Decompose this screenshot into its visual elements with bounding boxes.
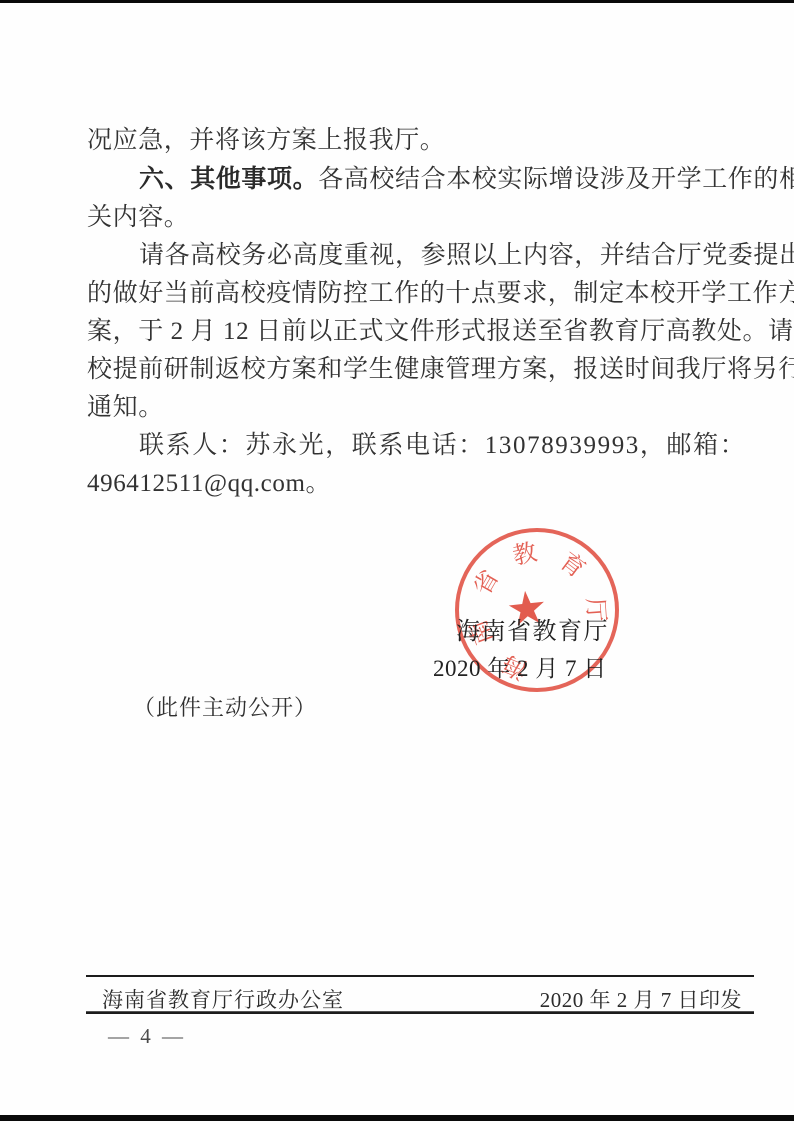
signature-date: 2020 年 2 月 7 日 <box>433 655 607 683</box>
footer-rule-bottom <box>86 1011 754 1014</box>
body-line: 况应急，并将该方案上报我厅。 <box>87 122 747 160</box>
scan-edge-bottom <box>0 1115 794 1121</box>
section-heading: 六、其他事项。 <box>139 165 318 193</box>
body-line: 校提前研制返校方案和学生健康管理方案，报送时间我厅将另行 <box>87 351 747 389</box>
document-page: 况应急，并将该方案上报我厅。 六、其他事项。各高校结合本校实际增设涉及开学工作的… <box>0 0 794 1124</box>
seal-arc-char: 教 <box>508 538 541 571</box>
scan-edge-top <box>0 0 794 3</box>
contact-email-line: 496412511@qq.com。 <box>87 465 747 503</box>
footer-print-date: 2020 年 2 月 7 日印发 <box>540 984 742 1014</box>
footer-rule-top <box>86 975 754 977</box>
disclosure-note: （此件主动公开） <box>133 691 317 722</box>
footer-issuing-office: 海南省教育厅行政办公室 <box>102 984 344 1014</box>
signature-org-name: 海南省教育厅 <box>456 618 609 646</box>
contact-info-line: 联系人：苏永光，联系电话：13078939993，邮箱： <box>87 427 747 465</box>
body-line: 的做好当前高校疫情防控工作的十点要求，制定本校开学工作方 <box>87 275 747 313</box>
document-body: 况应急，并将该方案上报我厅。 六、其他事项。各高校结合本校实际增设涉及开学工作的… <box>87 122 747 503</box>
body-line: 通知。 <box>87 389 747 427</box>
page-number: — 4 — <box>108 1024 186 1049</box>
body-line-section-heading: 六、其他事项。各高校结合本校实际增设涉及开学工作的相 <box>87 160 747 199</box>
body-line: 关内容。 <box>87 199 747 237</box>
body-line: 请各高校务必高度重视，参照以上内容，并结合厅党委提出 <box>87 237 747 275</box>
section-heading-rest: 各高校结合本校实际增设涉及开学工作的相 <box>318 166 794 193</box>
body-line: 案，于 2 月 12 日前以正式文件形式报送至省教育厅高教处。请各 <box>87 313 747 351</box>
